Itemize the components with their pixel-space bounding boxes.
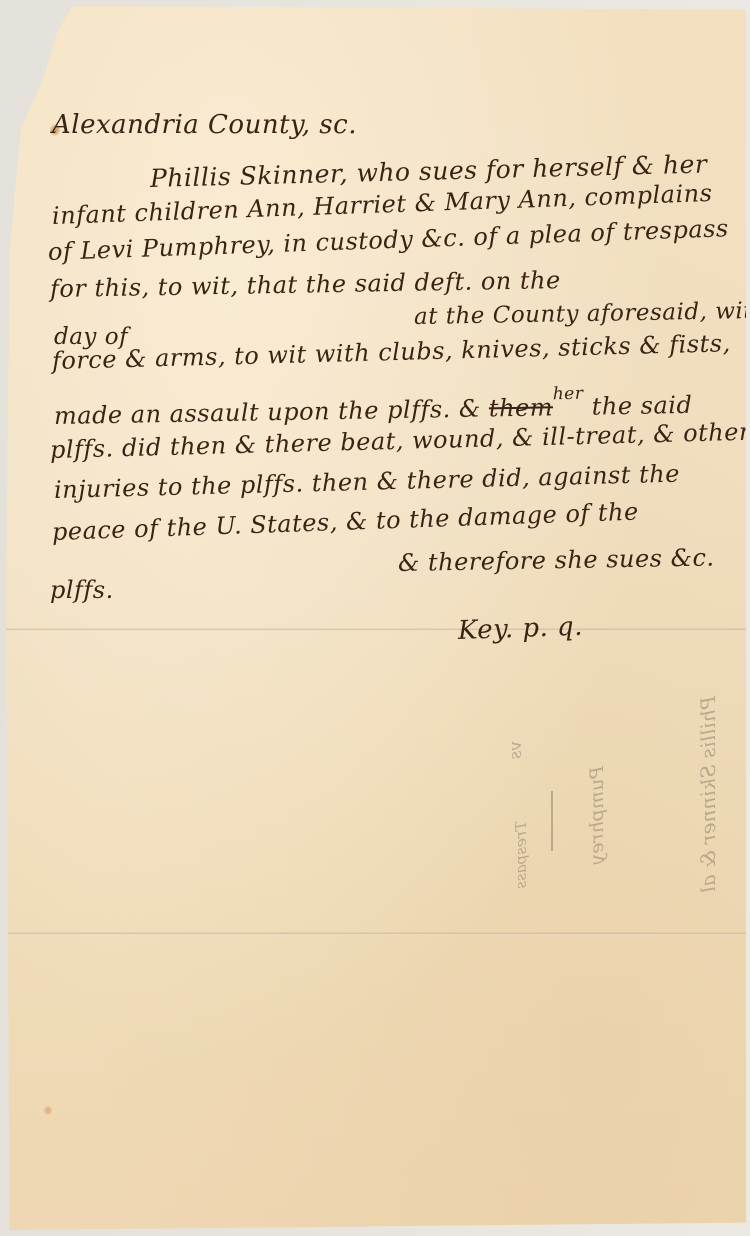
text-line-6: force & arms, to wit with clubs, knives,… <box>52 329 731 375</box>
fold-crease-lower <box>6 932 746 935</box>
inserted-word: her <box>553 384 584 405</box>
text-line-5-county: at the County aforesaid, with <box>414 298 750 330</box>
text-line-4: for this, to wit, that the said deft. on… <box>50 266 561 303</box>
text-line-10: peace of the U. States, & to the damage … <box>52 498 640 546</box>
text-line-7-start: made an assault upon the plffs. & <box>54 394 489 430</box>
bleed-through-line-3: vs <box>506 741 526 759</box>
bleed-through-line-1: Phillis Skinner & al <box>696 696 720 893</box>
pencil-mark <box>551 791 553 851</box>
bleed-through-line-2: Pumphrey <box>586 766 608 865</box>
signature: Key. p. q. <box>457 612 583 646</box>
foxing-spot <box>44 1106 52 1115</box>
bleed-through-line-4: Trespass <box>512 821 530 889</box>
struck-word: them <box>489 393 554 422</box>
document-heading: Alexandria County, sc. <box>52 110 357 140</box>
text-line-7-end: the said <box>583 391 692 421</box>
text-line-11-therefore: & therefore she sues &c. <box>398 543 715 577</box>
text-line-11-plffs: plffs. <box>50 576 114 604</box>
fold-crease-upper <box>6 628 746 631</box>
manuscript-page: Alexandria County, sc. Phillis Skinner, … <box>6 6 746 1230</box>
text-line-9: injuries to the plffs. then & there did,… <box>54 460 681 504</box>
